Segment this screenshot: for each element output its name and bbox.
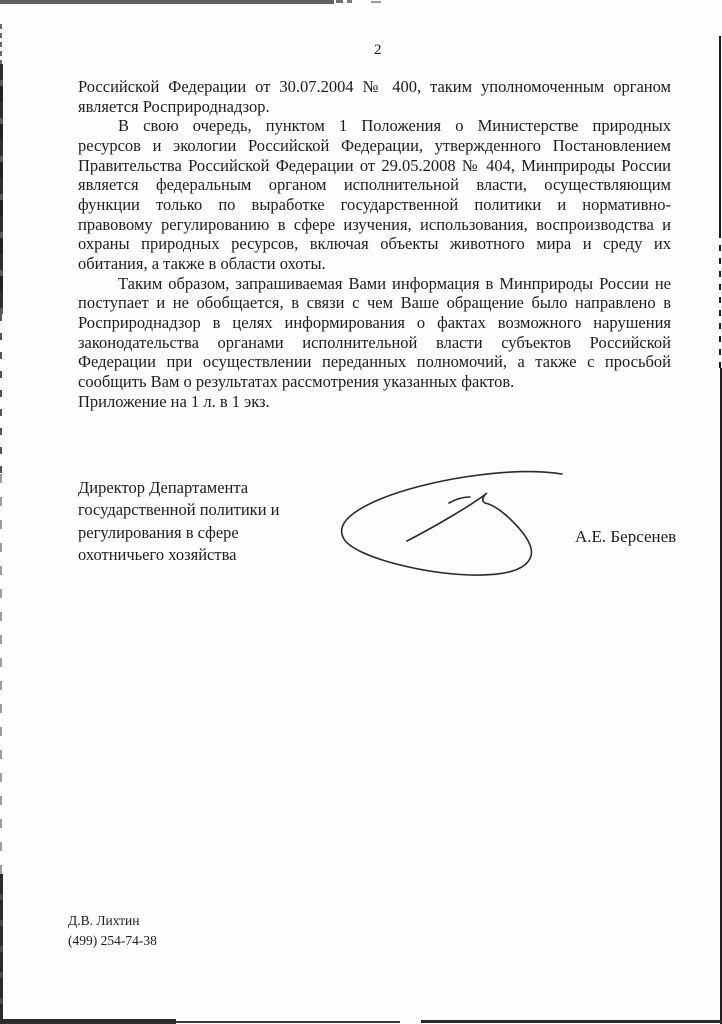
scan-artifact-left-edge xyxy=(0,314,2,474)
signer-position-line: охотничьего хозяйства xyxy=(78,544,358,566)
scan-artifact-left-edge xyxy=(0,64,3,314)
letter-text-line: является федеральным органом исполнитель… xyxy=(78,175,671,195)
letter-text-line: законодательства органами исполнительной… xyxy=(78,333,671,353)
letter-text-line: Таким образом, запрашиваемая Вами информ… xyxy=(78,274,671,294)
scan-artifact-right-edge xyxy=(719,232,721,368)
scan-artifact-left-edge xyxy=(0,874,3,1024)
executor-info: Д.В. Лихтин (499) 254-74-38 xyxy=(68,911,157,950)
letter-text-line: Правительства Российской Федерации от 29… xyxy=(78,156,671,176)
letter-text-line: сообщить Вам о результатах рассмотрения … xyxy=(78,372,671,392)
signer-name: А.Е. Берсенев xyxy=(575,527,676,547)
letter-body: Российской Федерации от 30.07.2004 № 400… xyxy=(78,77,671,411)
signature-scribble xyxy=(330,458,580,586)
letter-text-line: функции только по выработке государствен… xyxy=(78,195,671,215)
signer-position-line: государственной политики и xyxy=(78,499,358,521)
scan-artifact-bottom-edge xyxy=(176,1021,400,1023)
letter-text-line: Росприроднадзор в целях информирования о… xyxy=(78,313,671,333)
letter-text-line: ресурсов и экологии Российской Федерации… xyxy=(78,136,671,156)
scan-artifact-top-speck xyxy=(371,1,381,3)
letter-text-line: является Росприроднадзор. xyxy=(78,97,671,117)
scan-artifact-right-edge xyxy=(719,36,721,232)
signer-position-line: Директор Департамента xyxy=(78,477,358,499)
letter-text-line: В свою очередь, пунктом 1 Положения о Ми… xyxy=(78,116,671,136)
scan-artifact-top-dash xyxy=(347,0,352,3)
signer-position-title: Директор Департамента государственной по… xyxy=(78,477,358,566)
letter-text-line: Приложение на 1 л. в 1 экз. xyxy=(78,392,671,412)
page-number: 2 xyxy=(374,42,382,59)
scan-artifact-bottom-edge xyxy=(421,1020,722,1023)
letter-text-line: охраны природных ресурсов, включая объек… xyxy=(78,234,671,254)
scan-artifact-bottom-edge xyxy=(0,1019,176,1024)
letter-text-line: правовому регулированию в сфере изучения… xyxy=(78,215,671,235)
scan-artifact-top-bar xyxy=(0,0,334,4)
signer-position-line: регулирования в сфере xyxy=(78,522,358,544)
scan-artifact-left-edge xyxy=(0,24,2,64)
document-page: 2 Российской Федерации от 30.07.2004 № 4… xyxy=(0,0,722,1024)
scan-artifact-left-edge xyxy=(0,474,2,874)
executor-name: Д.В. Лихтин xyxy=(68,911,157,931)
executor-phone: (499) 254-74-38 xyxy=(68,931,157,951)
letter-text-line: Российской Федерации от 30.07.2004 № 400… xyxy=(78,77,671,97)
scan-artifact-top-dash xyxy=(336,0,343,3)
letter-text-line: поступает и не обобщается, в связи с чем… xyxy=(78,293,671,313)
letter-text-line: Федерации при осуществлении переданных п… xyxy=(78,352,671,372)
letter-text-line: обитания, а также в области охоты. xyxy=(78,254,671,274)
